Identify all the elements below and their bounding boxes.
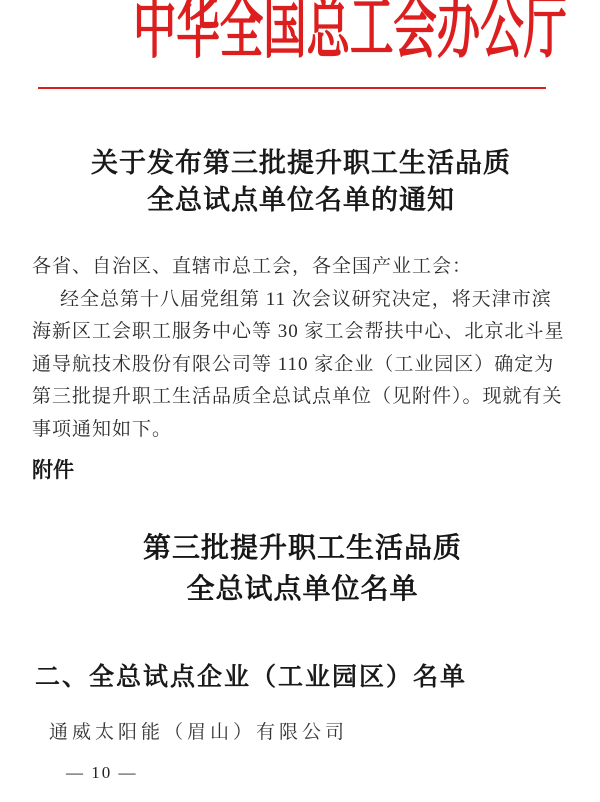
notice-title-line1: 关于发布第三批提升职工生活品质 [28,145,574,182]
section-heading-enterprise-list: 二、全总试点企业（工业园区）名单 [35,661,467,693]
paragraph-line: 通导航技术股份有限公司等 110 家企业（工业园区）确定为 [32,349,577,382]
red-divider-line [38,87,546,89]
attachment-title-line1: 第三批提升职工生活品质 [30,528,575,569]
notice-body: 各省、自治区、直辖市总工会，各全国产业工会： 经全总第十八届党组第 11 次会议… [32,251,577,447]
paragraph-line: 事项通知如下。 [32,414,577,447]
attachment-title: 第三批提升职工生活品质 全总试点单位名单 [30,528,575,610]
salutation-line: 各省、自治区、直辖市总工会，各全国产业工会： [32,251,577,284]
document-masthead: 中华全国总工会办公厅 [0,0,600,64]
document-page: 中华全国总工会办公厅 关于发布第三批提升职工生活品质 全总试点单位名单的通知 各… [0,0,600,802]
attachment-label: 附件 [32,459,74,483]
org-name-redhead: 中华全国总工会办公厅 [133,0,567,64]
paragraph-line: 海新区工会职工服务中心等 30 家工会帮扶中心、北京北斗星 [32,316,577,349]
company-list-item: 通威太阳能（眉山）有限公司 [49,720,348,746]
paragraph-line: 第三批提升职工生活品质全总试点单位（见附件）。现就有关 [32,381,577,414]
notice-title: 关于发布第三批提升职工生活品质 全总试点单位名单的通知 [28,145,574,219]
attachment-title-line2: 全总试点单位名单 [30,569,575,610]
page-number: — 10 — [66,762,138,784]
paragraph-line: 经全总第十八届党组第 11 次会议研究决定，将天津市滨 [32,284,577,317]
notice-title-line2: 全总试点单位名单的通知 [28,182,574,219]
